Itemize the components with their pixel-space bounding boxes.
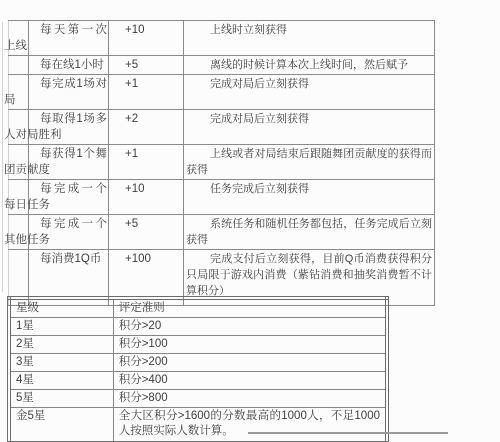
desc-cell: 完成对局后立刻获得 — [184, 110, 435, 145]
desc-cell: 上线时立刻获得 — [184, 21, 435, 56]
action-cell: 每完成一个其他任务 — [29, 215, 109, 250]
level-cell: 1星 — [9, 318, 113, 336]
star-table-row: 金5星 全大区积分>1600的分数最高的1000人，不足1000人按照实际人数计… — [9, 408, 387, 442]
action-cell: 每完成1场对局 — [29, 75, 109, 110]
desc-cell: 离线的时候计算本次上线时间，然后赋予 — [184, 56, 435, 75]
points-cell: +10 — [109, 21, 184, 56]
star-level-header: 星级 — [9, 298, 113, 318]
criteria-cell: 积分>400 — [113, 372, 387, 390]
star-table-row: 2星 积分>100 — [9, 336, 387, 354]
points-table-row: 每取得1场多人对局胜利 +2 完成对局后立刻获得 — [9, 110, 435, 145]
page: 每天第一次上线 +10 上线时立刻获得 每在线1小时 +5 离线的时候计算本次上… — [0, 0, 500, 442]
outer-table-border-line — [2, 22, 3, 292]
points-cell: +5 — [109, 56, 184, 75]
points-table-row: 每完成1场对局 +1 完成对局后立刻获得 — [9, 75, 435, 110]
criteria-cell: 积分>800 — [113, 390, 387, 408]
level-cell: 3星 — [9, 354, 113, 372]
points-table-row: 每获得1个舞团贡献度 +1 上线或者对局结束后跟随舞团贡献度的获得而获得 — [9, 145, 435, 180]
action-cell: 每取得1场多人对局胜利 — [29, 110, 109, 145]
points-cell: +1 — [109, 75, 184, 110]
points-table-row: 每天第一次上线 +10 上线时立刻获得 — [9, 21, 435, 56]
points-table-row: 每完成一个每日任务 +10 任务完成后立刻获得 — [9, 180, 435, 215]
level-cell: 2星 — [9, 336, 113, 354]
criteria-cell: 全大区积分>1600的分数最高的1000人，不足1000人按照实际人数计算。 — [113, 408, 387, 442]
action-cell: 每天第一次上线 — [29, 21, 109, 56]
star-table-header-row: 星级 评定准则 — [9, 298, 387, 318]
desc-cell: 任务完成后立刻获得 — [184, 180, 435, 215]
desc-cell: 完成对局后立刻获得 — [184, 75, 435, 110]
star-table-row: 4星 积分>400 — [9, 372, 387, 390]
level-cell: 5星 — [9, 390, 113, 408]
points-table: 每天第一次上线 +10 上线时立刻获得 每在线1小时 +5 离线的时候计算本次上… — [8, 20, 435, 306]
star-table-row: 3星 积分>200 — [9, 354, 387, 372]
criteria-header: 评定准则 — [113, 298, 387, 318]
desc-cell: 系统任务和随机任务都包括，任务完成后立刻获得 — [184, 215, 435, 250]
points-cell: +5 — [109, 215, 184, 250]
criteria-cell: 积分>200 — [113, 354, 387, 372]
star-table-row: 1星 积分>20 — [9, 318, 387, 336]
criteria-cell: 积分>20 — [113, 318, 387, 336]
action-cell: 每在线1小时 — [29, 56, 109, 75]
desc-cell: 上线或者对局结束后跟随舞团贡献度的获得而获得 — [184, 145, 435, 180]
level-cell: 4星 — [9, 372, 113, 390]
criteria-cell: 积分>100 — [113, 336, 387, 354]
points-cell: +10 — [109, 180, 184, 215]
points-table-row: 每在线1小时 +5 离线的时候计算本次上线时间，然后赋予 — [9, 56, 435, 75]
action-cell: 每获得1个舞团贡献度 — [29, 145, 109, 180]
bottom-horizontal-rule — [248, 432, 448, 434]
star-table-row: 5星 积分>800 — [9, 390, 387, 408]
level-cell: 金5星 — [9, 408, 113, 442]
points-cell: +2 — [109, 110, 184, 145]
points-cell: +1 — [109, 145, 184, 180]
star-rating-table: 星级 评定准则 1星 积分>20 2星 积分>100 3星 积分>200 4星 … — [7, 296, 389, 442]
points-table-row: 每完成一个其他任务 +5 系统任务和随机任务都包括，任务完成后立刻获得 — [9, 215, 435, 250]
action-cell: 每完成一个每日任务 — [29, 180, 109, 215]
